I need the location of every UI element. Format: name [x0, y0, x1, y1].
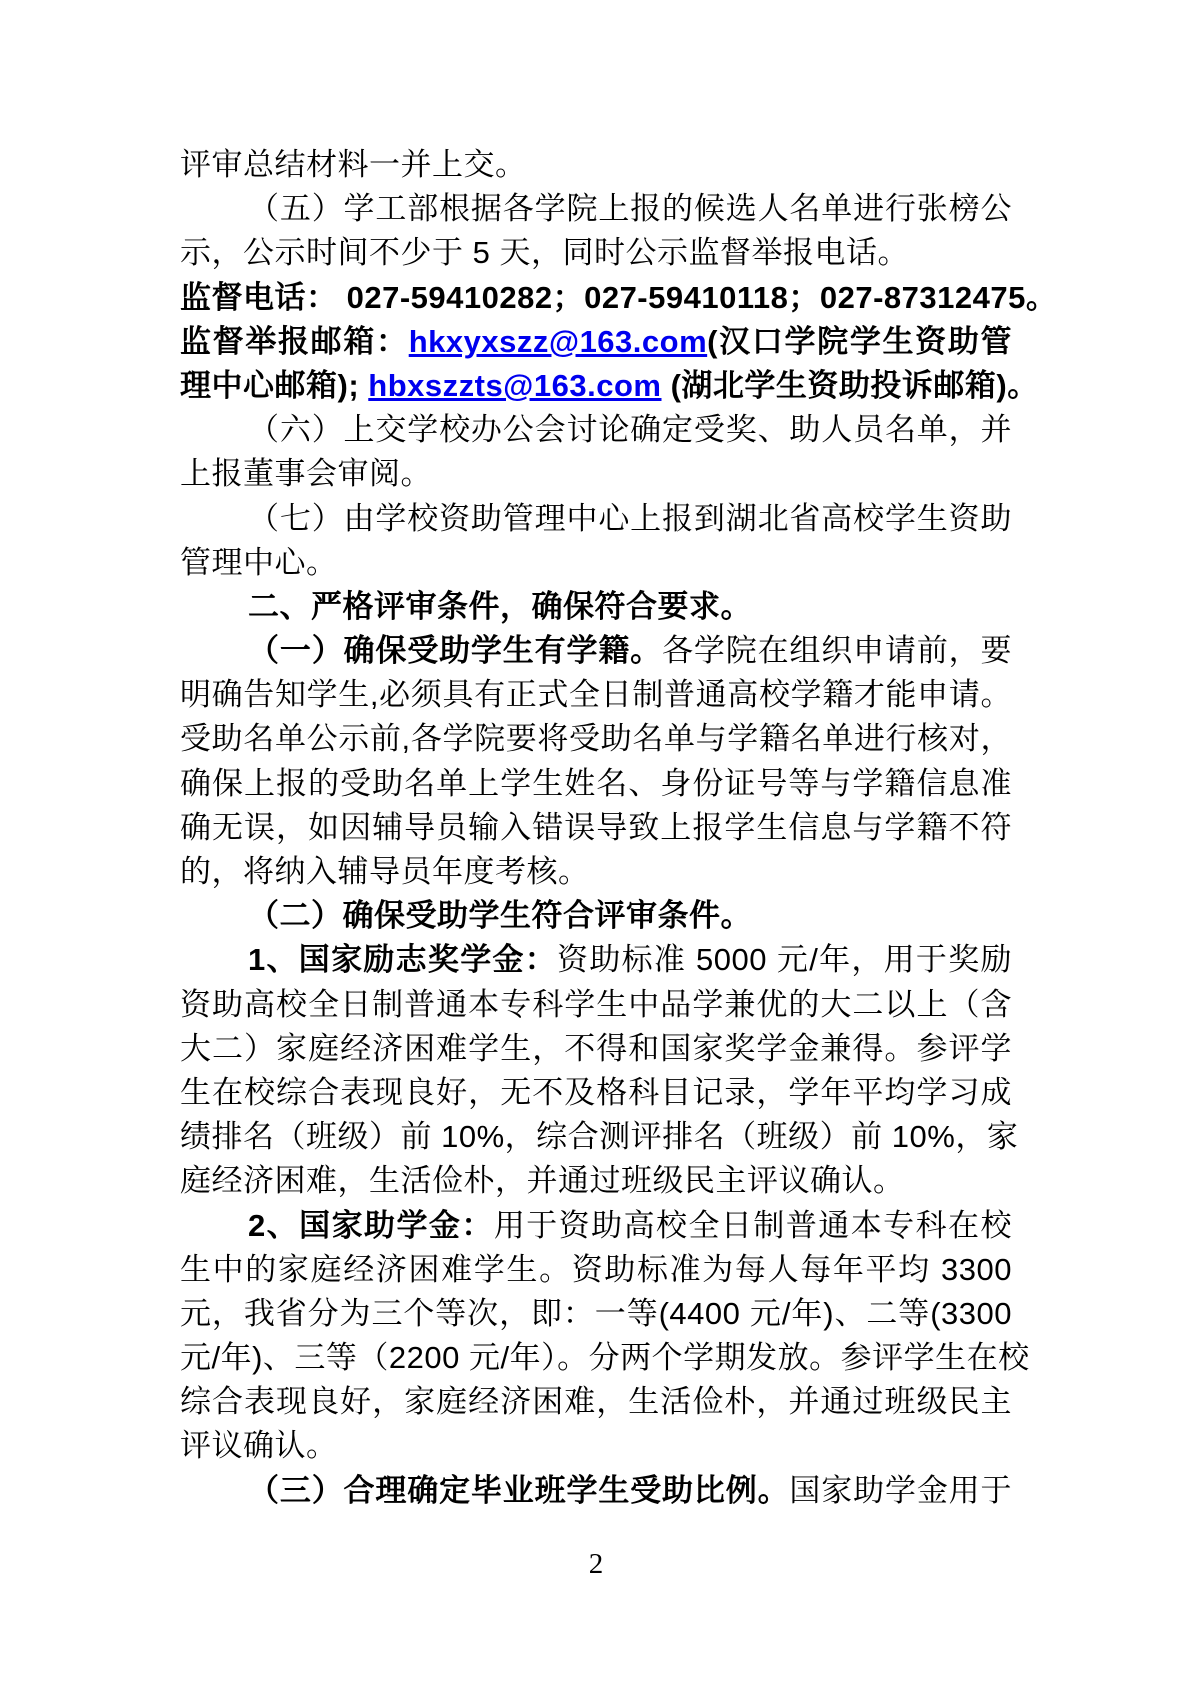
item-heading: 1、国家励志奖学金： — [248, 942, 557, 977]
text-run: 资助高校全日制普通本专科学生中品学兼优的大二以上（含 — [180, 987, 1012, 1022]
text-run: 理中心邮箱); — [180, 368, 368, 403]
text-run: 国家助学金用于 — [789, 1473, 1012, 1508]
text-line: 大二）家庭经济困难学生，不得和国家奖学金兼得。参评学 — [180, 1027, 1012, 1071]
text-line: 综合表现良好，家庭经济困难，生活俭朴，并通过班级民主 — [180, 1380, 1012, 1424]
text-line: 元，我省分为三个等次，即：一等(4400 元/年)、二等(3300 — [180, 1292, 1012, 1336]
supervision-phone-line: 监督电话： 027-59410282；027-59410118；027-8731… — [180, 276, 1012, 320]
text-run: 受助名单公示前,各学院要将受助名单与学籍名单进行核对， — [180, 721, 1012, 756]
text-line: 资助高校全日制普通本专科学生中品学兼优的大二以上（含 — [180, 983, 1012, 1027]
text-line: 受助名单公示前,各学院要将受助名单与学籍名单进行核对， — [180, 717, 1012, 761]
text-line: 评议确认。 — [180, 1424, 1012, 1468]
text-run: 上报董事会审阅。 — [180, 456, 432, 491]
document-page: 评审总结材料一并上交。 （五）学工部根据各学院上报的候选人名单进行张榜公 示，公… — [0, 0, 1190, 1682]
text-line: 评审总结材料一并上交。 — [180, 143, 1012, 187]
text-line: 确无误，如因辅导员输入错误导致上报学生信息与学籍不符 — [180, 806, 1012, 850]
subsection-heading: （三）合理确定毕业班学生受助比例。 — [248, 1473, 789, 1508]
text-run: 确保上报的受助名单上学生姓名、身份证号等与学籍信息准 — [180, 766, 1012, 801]
text-run: 评审总结材料一并上交。 — [180, 147, 527, 182]
text-run: 绩排名（班级）前 10%，综合测评排名（班级）前 10%，家 — [180, 1119, 1018, 1154]
text-line: （五）学工部根据各学院上报的候选人名单进行张榜公 — [180, 187, 1012, 231]
subsection-heading: （一）确保受助学生有学籍。 — [248, 633, 662, 668]
subsection-line: （一）确保受助学生有学籍。各学院在组织申请前，要 — [180, 629, 1012, 673]
text-line: 确保上报的受助名单上学生姓名、身份证号等与学籍信息准 — [180, 762, 1012, 806]
email-link-hkxyxszz[interactable]: hkxyxszz@163.com — [409, 324, 707, 359]
section-heading: 二、严格评审条件，确保符合要求。 — [180, 585, 1012, 629]
text-run: （七）由学校资助管理中心上报到湖北省高校学生资助 — [248, 501, 1012, 536]
document-body: 评审总结材料一并上交。 （五）学工部根据各学院上报的候选人名单进行张榜公 示，公… — [180, 143, 1012, 1513]
text-run: 示，公示时间不少于 5 天，同时公示监督举报电话。 — [180, 235, 909, 270]
text-run: 管理中心。 — [180, 545, 338, 580]
text-run: 的，将纳入辅导员年度考核。 — [180, 854, 590, 889]
text-run: 元，我省分为三个等次，即：一等(4400 元/年)、二等(3300 — [180, 1296, 1012, 1331]
text-run: (汉口学院学生资助管 — [707, 324, 1012, 359]
text-line: （七）由学校资助管理中心上报到湖北省高校学生资助 — [180, 497, 1012, 541]
text-run: 生在校综合表现良好，无不及格科目记录，学年平均学习成 — [180, 1075, 1012, 1110]
text-run: (湖北学生资助投诉邮箱)。 — [662, 368, 1039, 403]
subsection-line: （三）合理确定毕业班学生受助比例。国家助学金用于 — [180, 1469, 1012, 1513]
text-line: 管理中心。 — [180, 541, 1012, 585]
text-line: 绩排名（班级）前 10%，综合测评排名（班级）前 10%，家 — [180, 1115, 1012, 1159]
page-number: 2 — [180, 1548, 1012, 1581]
text-line: 明确告知学生,必须具有正式全日制普通高校学籍才能申请。 — [180, 673, 1012, 717]
supervision-email-line-1: 监督举报邮箱：hkxyxszz@163.com(汉口学院学生资助管 — [180, 320, 1012, 364]
text-line: 示，公示时间不少于 5 天，同时公示监督举报电话。 — [180, 231, 1012, 275]
text-run: 明确告知学生,必须具有正式全日制普通高校学籍才能申请。 — [180, 677, 1012, 712]
text-run: 元/年)、三等（2200 元/年）。分两个学期发放。参评学生在校 — [180, 1340, 1030, 1375]
text-run: （五）学工部根据各学院上报的候选人名单进行张榜公 — [248, 191, 1012, 226]
text-line: 生在校综合表现良好，无不及格科目记录，学年平均学习成 — [180, 1071, 1012, 1115]
item-line: 2、国家助学金：用于资助高校全日制普通本专科在校 — [180, 1204, 1012, 1248]
text-run: （六）上交学校办公会讨论确定受奖、助人员名单，并 — [248, 412, 1012, 447]
text-run: 综合表现良好，家庭经济困难，生活俭朴，并通过班级民主 — [180, 1384, 1012, 1419]
heading-text: 二、严格评审条件，确保符合要求。 — [248, 589, 752, 624]
text-line: 元/年)、三等（2200 元/年）。分两个学期发放。参评学生在校 — [180, 1336, 1012, 1380]
text-line: 的，将纳入辅导员年度考核。 — [180, 850, 1012, 894]
text-run: 庭经济困难，生活俭朴，并通过班级民主评议确认。 — [180, 1163, 905, 1198]
text-run: 评议确认。 — [180, 1428, 338, 1463]
item-heading: 2、国家助学金： — [248, 1208, 494, 1243]
text-line: 上报董事会审阅。 — [180, 452, 1012, 496]
text-run: 资助标准 5000 元/年，用于奖励 — [557, 942, 1012, 977]
email-label: 监督举报邮箱： — [180, 324, 409, 359]
text-line: 庭经济困难，生活俭朴，并通过班级民主评议确认。 — [180, 1159, 1012, 1203]
text-run: 确无误，如因辅导员输入错误导致上报学生信息与学籍不符 — [180, 810, 1012, 845]
text-run: 生中的家庭经济困难学生。资助标准为每人每年平均 3300 — [180, 1252, 1012, 1287]
subsection-heading: （二）确保受助学生符合评审条件。 — [248, 898, 752, 933]
text-line: 生中的家庭经济困难学生。资助标准为每人每年平均 3300 — [180, 1248, 1012, 1292]
supervision-email-line-2: 理中心邮箱); hbxszzts@163.com (湖北学生资助投诉邮箱)。 — [180, 364, 1012, 408]
subsection-heading-line: （二）确保受助学生符合评审条件。 — [180, 894, 1012, 938]
email-link-hbxszzts[interactable]: hbxszzts@163.com — [368, 368, 661, 403]
text-run: 用于资助高校全日制普通本专科在校 — [494, 1208, 1012, 1243]
text-run: 各学院在组织申请前，要 — [662, 633, 1012, 668]
item-line: 1、国家励志奖学金：资助标准 5000 元/年，用于奖励 — [180, 938, 1012, 982]
text-run: 大二）家庭经济困难学生，不得和国家奖学金兼得。参评学 — [180, 1031, 1012, 1066]
phone-numbers: 监督电话： 027-59410282；027-59410118；027-8731… — [180, 280, 1057, 315]
text-line: （六）上交学校办公会讨论确定受奖、助人员名单，并 — [180, 408, 1012, 452]
